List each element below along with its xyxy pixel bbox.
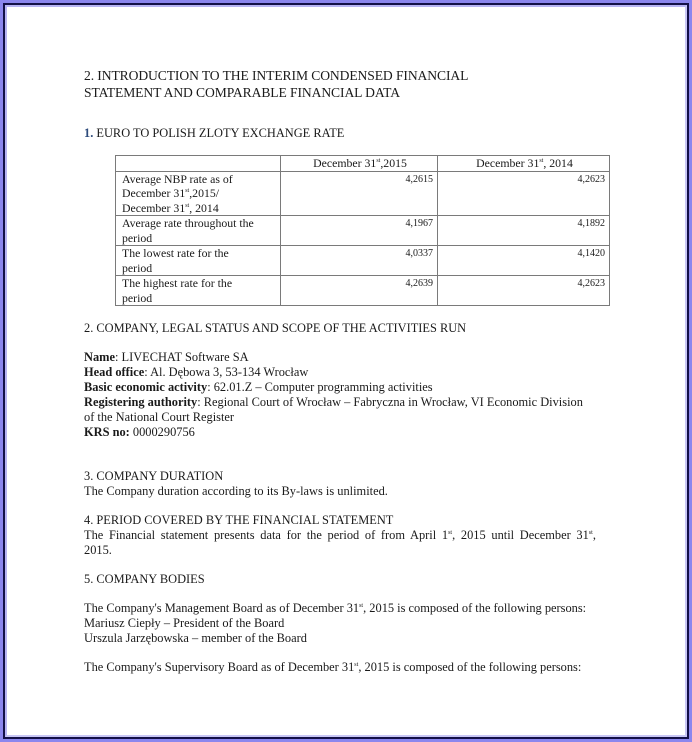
period-heading: 4. PERIOD COVERED BY THE FINANCIAL STATE… <box>84 513 393 528</box>
table-row: The highest rate for the period 4,2639 4… <box>116 276 610 306</box>
table-header-2014: December 31st, 2014 <box>438 156 610 172</box>
table-header-empty <box>116 156 281 172</box>
company-name-value: : LIVECHAT Software SA <box>115 350 249 364</box>
cell-value-2014: 4,1420 <box>438 246 610 276</box>
row-label-average-period: Average rate throughout the period <box>116 216 281 246</box>
section-title-line2: STATEMENT AND COMPARABLE FINANCIAL DATA <box>84 84 400 101</box>
cell-value-2015: 4,0337 <box>281 246 438 276</box>
board-member: Urszula Jarzębowska – member of the Boar… <box>84 631 307 646</box>
cell-value-2015: 4,2615 <box>281 171 438 216</box>
exchange-rate-heading: 1. EURO TO POLISH ZLOTY EXCHANGE RATE <box>84 126 344 141</box>
table-row: Average NBP rate as of December 31st,201… <box>116 171 610 216</box>
cell-value-2014: 4,1892 <box>438 216 610 246</box>
cell-value-2015: 4,1967 <box>281 216 438 246</box>
economic-activity-label: Basic economic activity <box>84 380 207 394</box>
exchange-rate-table: December 31st,2015 December 31st, 2014 A… <box>115 155 610 306</box>
economic-activity-value: : 62.01.Z – Computer programming activit… <box>207 380 432 394</box>
table-header-row: December 31st,2015 December 31st, 2014 <box>116 156 610 172</box>
period-text-line2: 2015. <box>84 543 112 558</box>
cell-value-2015: 4,2639 <box>281 276 438 306</box>
head-office-line: Head office: Al. Dębowa 3, 53-134 Wrocła… <box>84 365 308 380</box>
registering-authority-line2: of the National Court Register <box>84 410 234 425</box>
bodies-heading: 5. COMPANY BODIES <box>84 572 205 587</box>
company-name-label: Name <box>84 350 115 364</box>
company-heading: 2. COMPANY, LEGAL STATUS AND SCOPE OF TH… <box>84 321 466 336</box>
registering-authority-label: Registering authority <box>84 395 197 409</box>
period-text: The Financial statement presents data fo… <box>84 528 596 543</box>
board-member-president: Mariusz Ciepły – President of the Board <box>84 616 284 631</box>
registering-authority-line: Registering authority: Regional Court of… <box>84 395 583 410</box>
supervisory-board-text: The Company's Supervisory Board as of De… <box>84 660 581 675</box>
duration-heading: 3. COMPANY DURATION <box>84 469 223 484</box>
krs-label: KRS no: <box>84 425 130 439</box>
exchange-rate-number: 1. <box>84 126 93 140</box>
company-name-line: Name: LIVECHAT Software SA <box>84 350 249 365</box>
economic-activity-line: Basic economic activity: 62.01.Z – Compu… <box>84 380 433 395</box>
table-row: The lowest rate for the period 4,0337 4,… <box>116 246 610 276</box>
row-label-average-nbp: Average NBP rate as of December 31st,201… <box>116 171 281 216</box>
head-office-label: Head office <box>84 365 144 379</box>
registering-authority-value: : Regional Court of Wrocław – Fabryczna … <box>197 395 583 409</box>
row-label-highest-rate: The highest rate for the period <box>116 276 281 306</box>
head-office-value: : Al. Dębowa 3, 53-134 Wrocław <box>144 365 308 379</box>
table-header-2015: December 31st,2015 <box>281 156 438 172</box>
duration-text: The Company duration according to its By… <box>84 484 388 499</box>
cell-value-2014: 4,2623 <box>438 276 610 306</box>
krs-line: KRS no: 0000290756 <box>84 425 195 440</box>
exchange-rate-title: EURO TO POLISH ZLOTY EXCHANGE RATE <box>96 126 344 140</box>
management-board-text: The Company's Management Board as of Dec… <box>84 601 586 616</box>
table-row: Average rate throughout the period 4,196… <box>116 216 610 246</box>
cell-value-2014: 4,2623 <box>438 171 610 216</box>
row-label-lowest-rate: The lowest rate for the period <box>116 246 281 276</box>
section-title-line1: 2. INTRODUCTION TO THE INTERIM CONDENSED… <box>84 67 468 84</box>
krs-value: 0000290756 <box>130 425 195 439</box>
